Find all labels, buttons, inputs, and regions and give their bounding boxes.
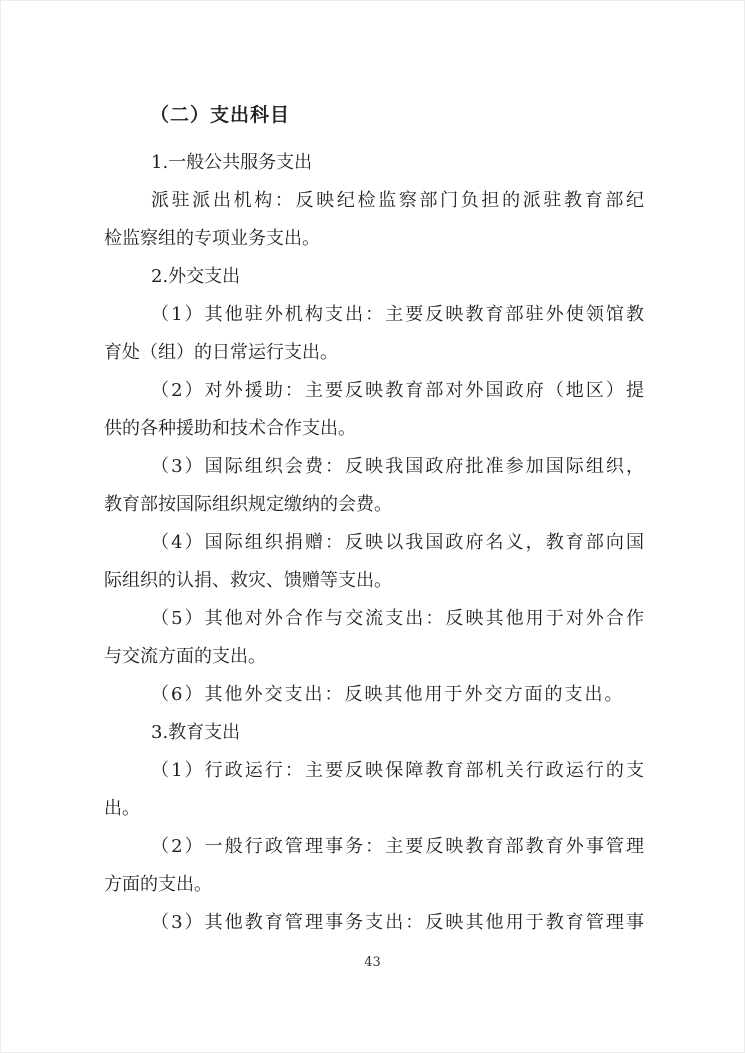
text-line: （2）对外援助：主要反映教育部对外国政府（地区）提 [104, 372, 644, 410]
text-line: 供的各种援助和技术合作支出。 [104, 410, 644, 448]
text-line: 与交流方面的支出。 [104, 638, 644, 676]
text-line: （3）其他教育管理事务支出：反映其他用于教育管理事 [104, 904, 644, 942]
text-line: 际组织的认捐、救灾、馈赠等支出。 [104, 562, 644, 600]
page-content: （二）支出科目 1.一般公共服务支出 派驻派出机构：反映纪检监察部门负担的派驻教… [104, 96, 644, 942]
text-line: （5）其他对外合作与交流支出：反映其他用于对外合作 [104, 600, 644, 638]
text-line: 方面的支出。 [104, 866, 644, 904]
text-line: （6）其他外交支出：反映其他用于外交方面的支出。 [104, 676, 644, 714]
text-line: 3.教育支出 [104, 714, 644, 752]
text-line: 检监察组的专项业务支出。 [104, 220, 644, 258]
text-line: （1）其他驻外机构支出：主要反映教育部驻外使领馆教 [104, 296, 644, 334]
text-line: 出。 [104, 790, 644, 828]
text-line: 2.外交支出 [104, 258, 644, 296]
page-number: 43 [1, 955, 744, 971]
section-heading: （二）支出科目 [104, 96, 644, 144]
text-line: （3）国际组织会费：反映我国政府批准参加国际组织， [104, 448, 644, 486]
text-line: （1）行政运行：主要反映保障教育部机关行政运行的支 [104, 752, 644, 790]
text-line: 1.一般公共服务支出 [104, 144, 644, 182]
text-line: 教育部按国际组织规定缴纳的会费。 [104, 486, 644, 524]
text-line: 育处（组）的日常运行支出。 [104, 334, 644, 372]
text-line: （2）一般行政管理事务：主要反映教育部教育外事管理 [104, 828, 644, 866]
document-page: （二）支出科目 1.一般公共服务支出 派驻派出机构：反映纪检监察部门负担的派驻教… [0, 0, 745, 1053]
text-line: （4）国际组织捐赠：反映以我国政府名义，教育部向国 [104, 524, 644, 562]
text-line: 派驻派出机构：反映纪检监察部门负担的派驻教育部纪 [104, 182, 644, 220]
